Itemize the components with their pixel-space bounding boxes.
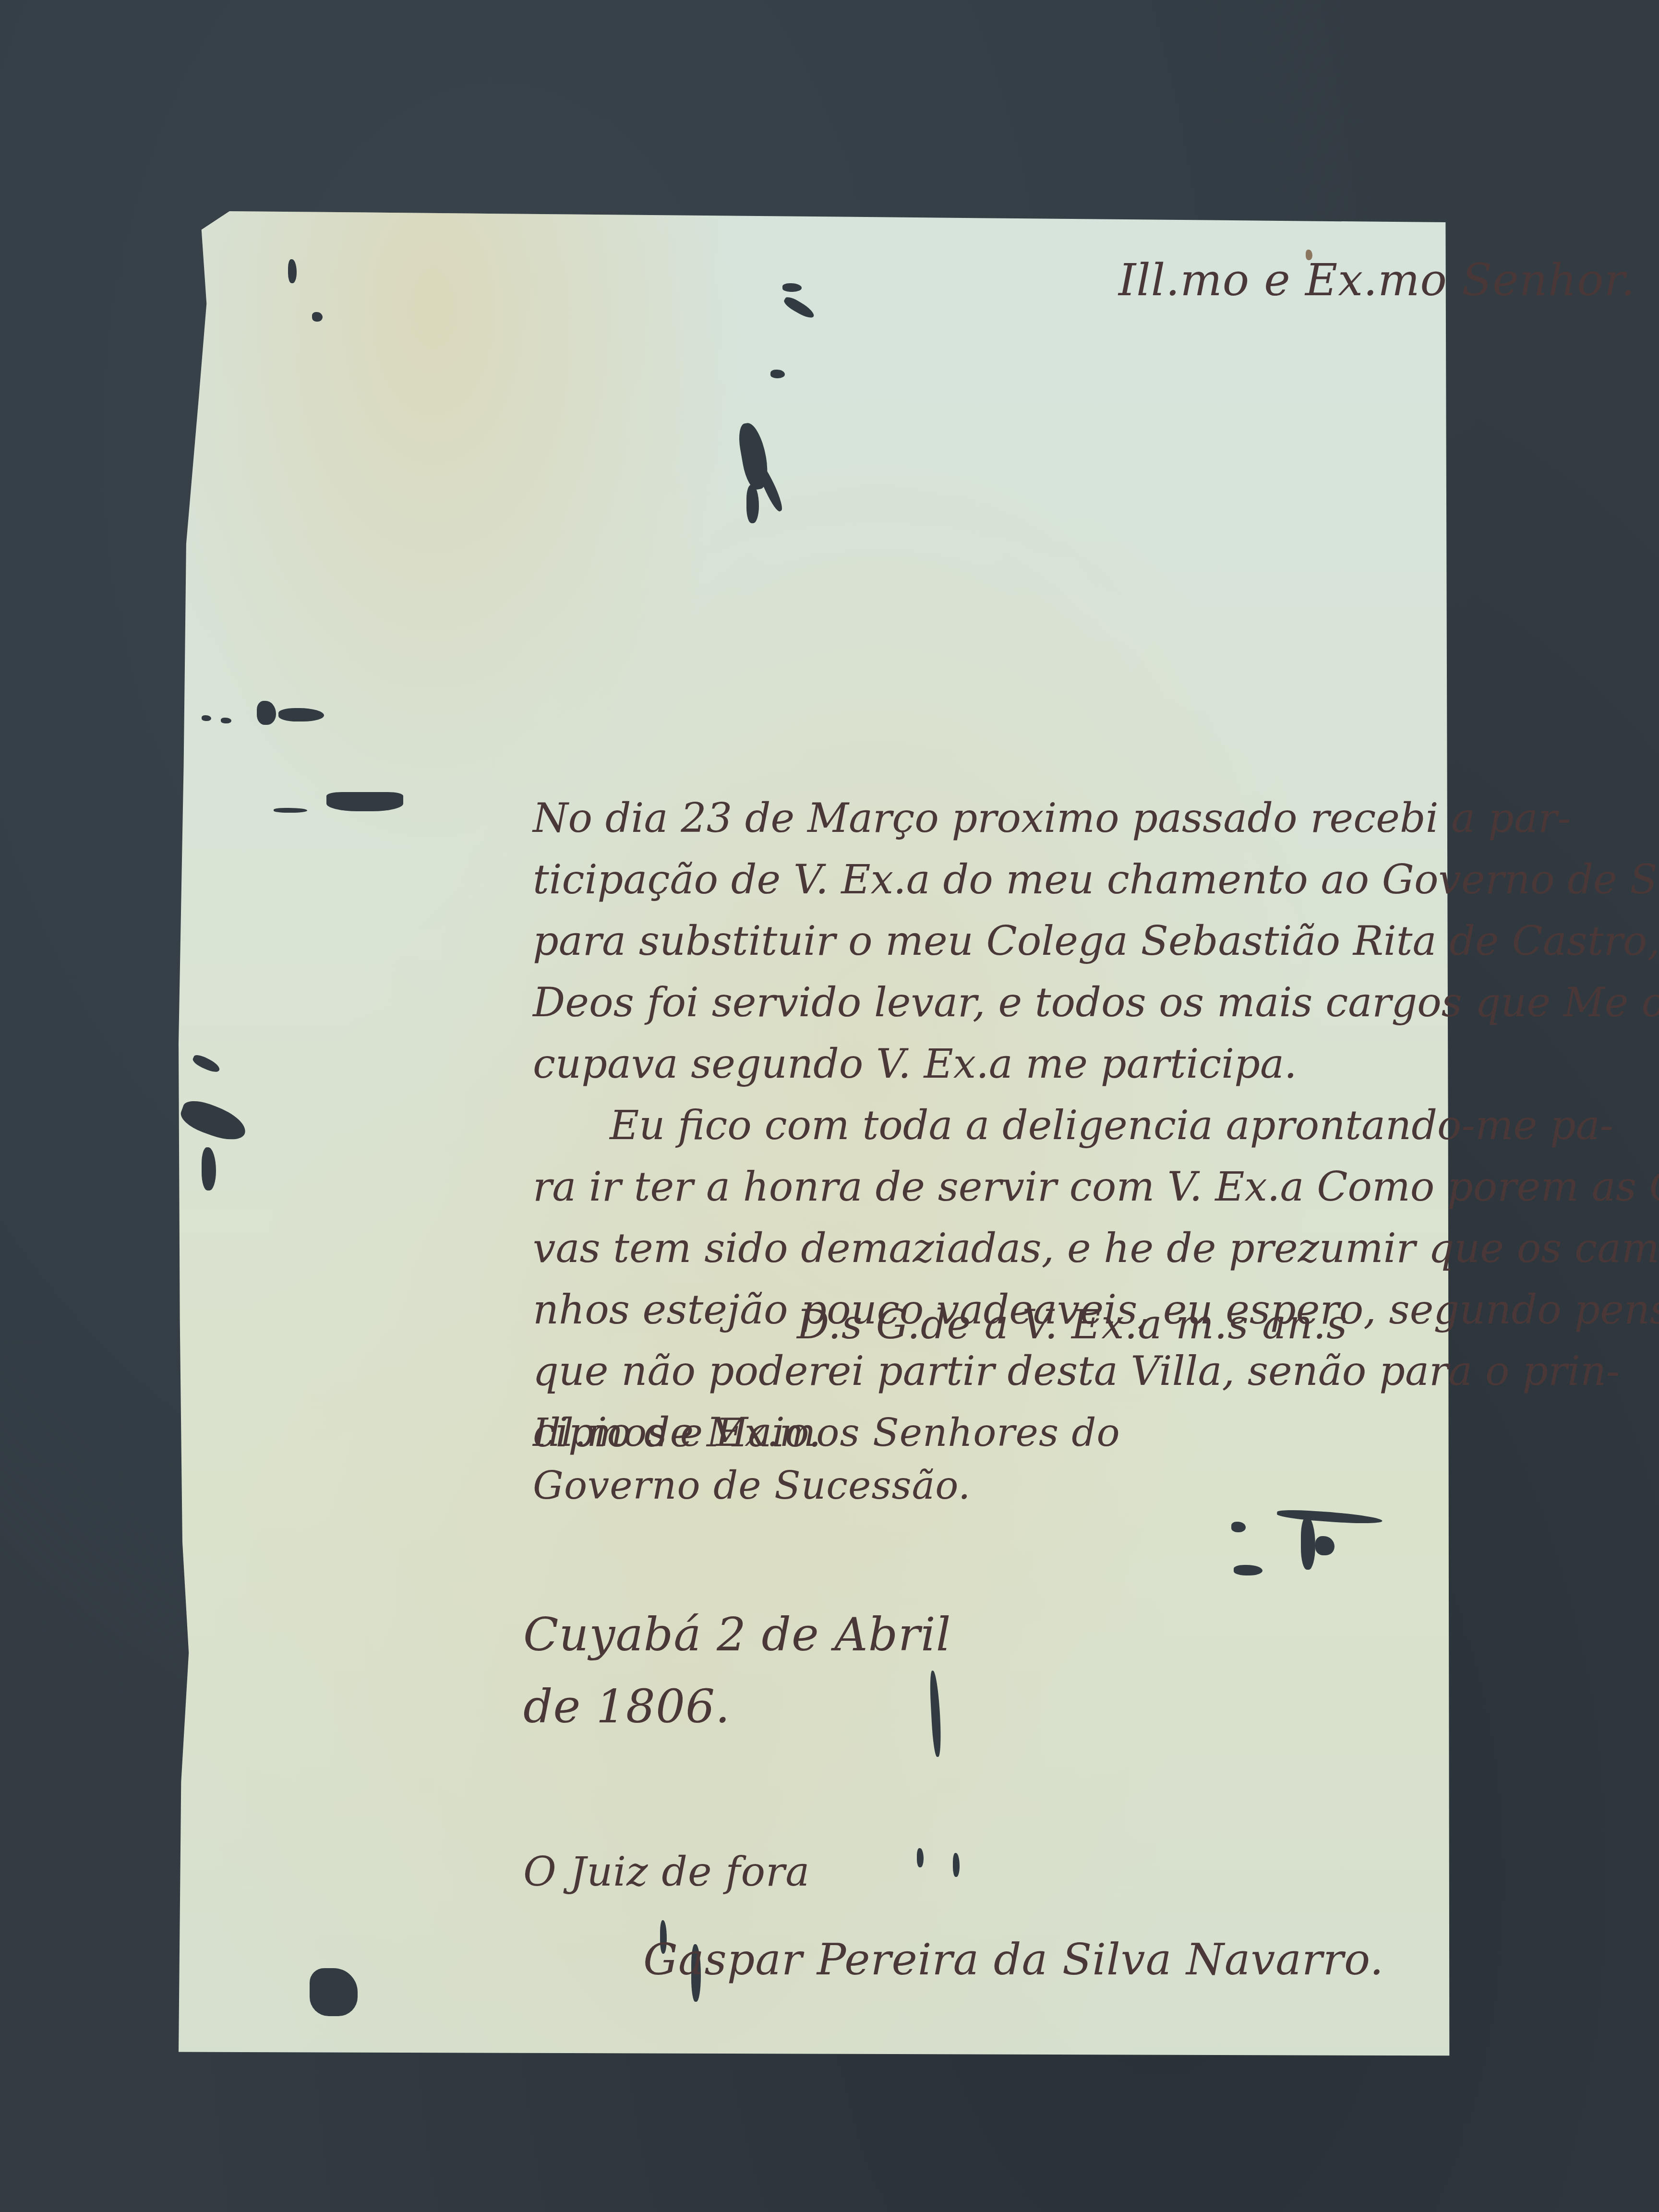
addressee-line: Governo de Sucessão. <box>533 1459 1120 1512</box>
paper-loss <box>326 792 403 811</box>
paper-loss <box>202 715 211 721</box>
paper-loss <box>1315 1536 1334 1555</box>
paper-loss <box>257 701 276 725</box>
place-date-line: de 1806. <box>523 1671 951 1743</box>
paper-loss <box>770 370 785 378</box>
paper-loss <box>917 1848 924 1867</box>
place-date-line: Cuyabá 2 de Abril <box>523 1599 951 1671</box>
paper-loss <box>1231 1522 1246 1532</box>
place-and-date: Cuyabá 2 de Abril de 1806. <box>523 1599 951 1743</box>
signature: Gaspar Pereira da Silva Navarro. <box>643 1935 1384 1985</box>
signatory-title: O Juiz de fora <box>523 1848 810 1895</box>
body-line: Eu fico com toda a deligencia aprontando… <box>533 1094 1435 1156</box>
paper-loss <box>288 259 297 283</box>
paper-loss <box>953 1853 960 1877</box>
paper-loss <box>312 312 323 322</box>
body-line: que não poderei partir desta Villa, senã… <box>533 1340 1435 1402</box>
paper-loss <box>221 718 231 723</box>
body-line: vas tem sido demaziadas, e he de prezumi… <box>533 1217 1435 1279</box>
paper-loss <box>310 1968 358 2016</box>
body-line: Deos foi servido levar, e todos os mais … <box>533 972 1435 1033</box>
closing-formula: D.s G.de a V. Ex.a m.s an.s <box>797 1301 1347 1348</box>
letter-body: No dia 23 de Março proximo passado receb… <box>533 787 1435 1463</box>
body-line: No dia 23 de Março proximo passado receb… <box>533 787 1435 849</box>
addressee-line: Ill.mos e Ex.mos Senhores do <box>533 1407 1120 1459</box>
paper-loss <box>278 708 324 721</box>
paper-loss <box>782 283 802 292</box>
paper-loss <box>1234 1565 1262 1575</box>
body-line: ra ir ter a honra de servir com V. Ex.a … <box>533 1156 1435 1217</box>
paper-loss <box>274 808 307 813</box>
body-line: ticipação de V. Ex.a do meu chamento ao … <box>533 849 1435 910</box>
addressee: Ill.mos e Ex.mos Senhores do Governo de … <box>533 1407 1120 1512</box>
body-line: cupava segundo V. Ex.a me participa. <box>533 1033 1435 1094</box>
body-line: para substituir o meu Colega Sebastião R… <box>533 910 1435 972</box>
salutation: Ill.mo e Ex.mo Senhor. <box>1118 254 1635 306</box>
